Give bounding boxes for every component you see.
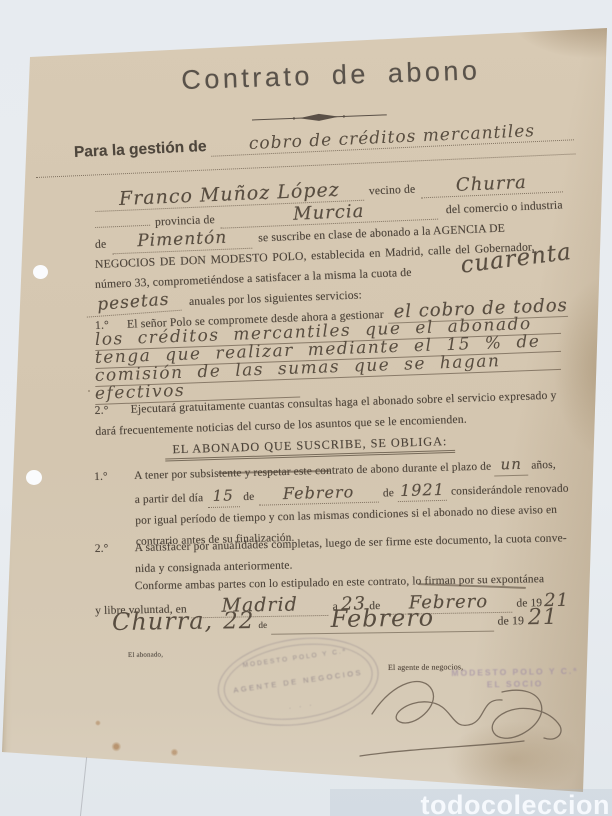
table-edge-line — [80, 757, 87, 816]
mes-handwritten: Febrero — [258, 481, 379, 506]
fecha-de-label: de — [258, 615, 267, 636]
paper-speck — [88, 390, 90, 392]
anio-handwritten: 1921 — [398, 479, 448, 502]
obligation-1-line-2b: de — [243, 487, 255, 508]
fecha-de19-label: de 19 — [497, 610, 524, 631]
obligation-1-line-2a: a partir del día — [135, 488, 204, 511]
obligation-1-number: 1.° — [94, 466, 135, 488]
plazo-handwritten: un — [494, 454, 529, 477]
watermark-logo: todocoleccion — [420, 790, 610, 816]
punch-hole — [33, 265, 48, 279]
fecha-lugar-handwritten: Churra, — [112, 607, 214, 636]
service-2-number: 2.° — [94, 399, 131, 421]
dia-handwritten: 15 — [207, 485, 240, 508]
de-label: de — [95, 234, 107, 255]
fecha-mes-handwritten: Febrero — [271, 603, 494, 635]
abonado-caption: El abonado, — [128, 645, 163, 666]
fecha-dia-handwritten: 22 — [223, 608, 255, 634]
fecha-anio-handwritten: 21 — [528, 605, 558, 630]
obligation-2-number: 2.° — [95, 538, 135, 560]
obligation-1-line-1b: años, — [531, 455, 556, 477]
punch-hole — [26, 470, 42, 485]
blank-rule — [95, 225, 150, 228]
obligation-1-line-2c: de — [383, 483, 395, 504]
signature — [352, 662, 570, 770]
handwritten-date-line: Churra, 22 de Febrero de 19 21 — [112, 602, 558, 638]
